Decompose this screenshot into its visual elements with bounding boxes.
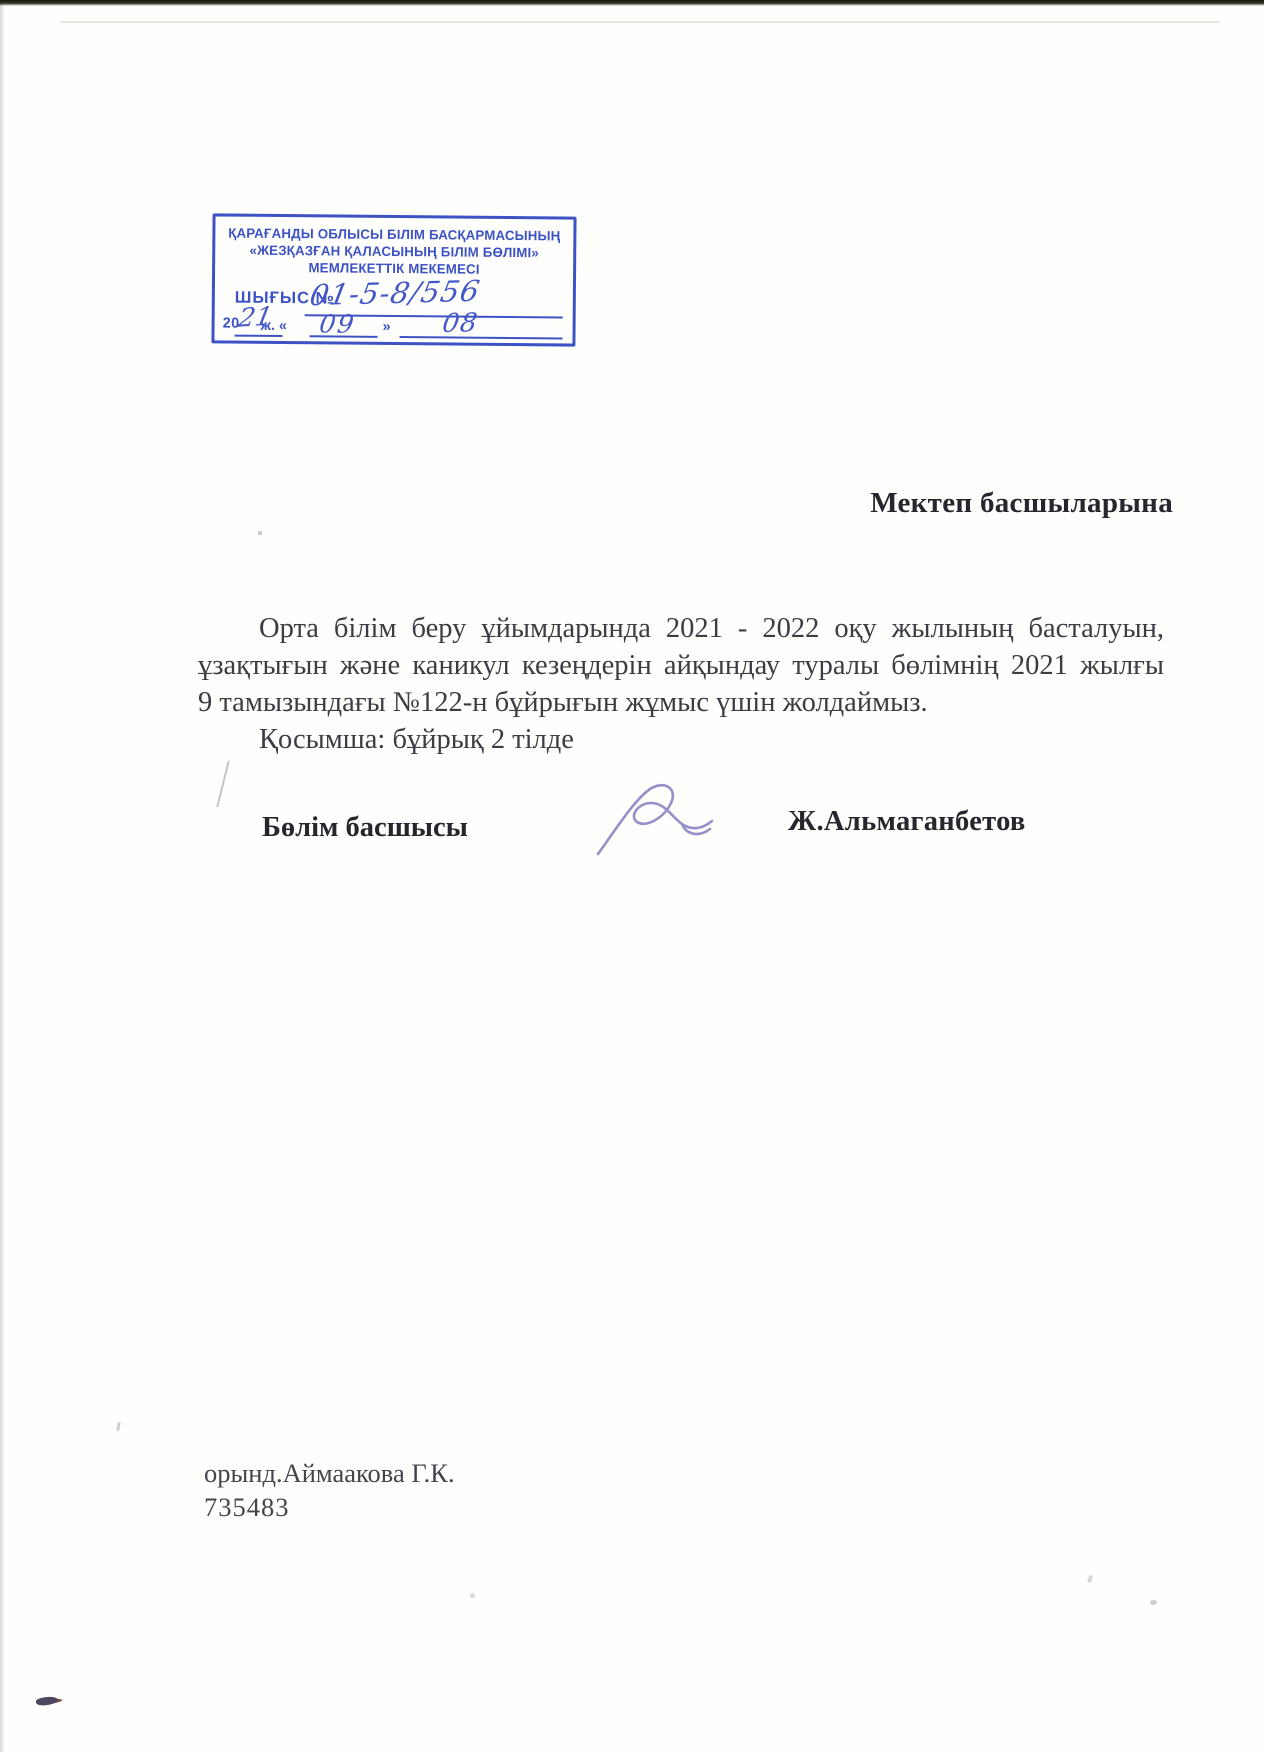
scan-left-edge [0,0,5,1752]
registration-stamp: ҚАРАҒАНДЫ ОБЛЫСЫ БІЛІМ БАСҚАРМАСЫНЫҢ «ЖЕ… [211,213,576,346]
stamp-month-handwritten: 08 [440,308,480,339]
stray-pen-mark [216,760,230,807]
scanned-letter-page: ҚАРАҒАНДЫ ОБЛЫСЫ БІЛІМ БАСҚАРМАСЫНЫҢ «ЖЕ… [0,0,1264,1752]
scan-speck [470,1593,475,1598]
body-line-2: ұзақтығын және каникул кезеңдерін айқынд… [198,647,1164,684]
signer-name: Ж.Альмаганбетов [788,806,1026,838]
scan-speck [116,1422,121,1431]
scan-speck [36,1696,59,1707]
executor-line: орынд.Аймаакова Г.К. [204,1458,455,1489]
scan-speck [258,531,262,535]
stamp-year-unit: ж. « [261,318,288,334]
letter-body: Орта білім беру ұйымдарында 2021 - 2022 … [198,610,1164,758]
scan-speck [1150,1600,1157,1605]
stamp-closing-quote: » [383,319,391,335]
recipient-line: Мектеп басшыларына [870,487,1173,520]
signature-scribble [588,770,728,860]
stamp-underline [234,335,282,337]
executor-phone: 735483 [204,1492,290,1523]
stamp-underline [399,336,562,339]
body-line-1: Орта білім беру ұйымдарында 2021 - 2022 … [198,610,1164,647]
scan-top-edge [0,0,1264,6]
scan-top-hairline [60,21,1220,23]
body-line-3: 9 тамызындағы №122-н бұйрығын жұмыс үшін… [198,684,1164,721]
signer-title: Бөлім басшысы [262,812,468,844]
scan-speck [1087,1575,1093,1584]
body-line-4: Қосымша: бұйрық 2 тілде [198,721,1164,758]
stamp-day-handwritten: 09 [317,309,357,338]
stamp-outgoing-number-handwritten: 01-5-8/556 [307,274,483,312]
